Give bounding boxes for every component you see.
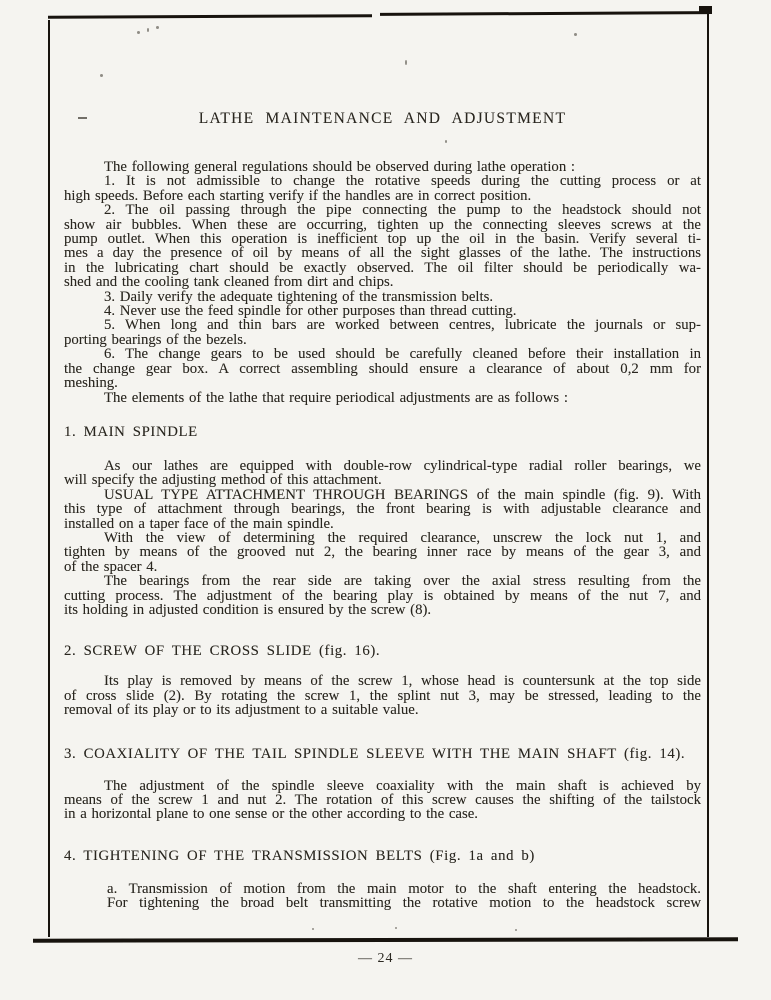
section-cross-slide-screw: 2. SCREW OF THE CROSS SLIDE (fig. 16). I… [64,644,701,717]
text-line: will specify the adjusting method of thi… [64,473,701,487]
text-line: 6. The change gears to be used should be… [64,347,701,361]
text-column: LATHE MAINTENANCE AND ADJUSTMENT The fol… [64,0,701,911]
text-line: With the view of determining the require… [64,531,701,545]
paragraph: With the view of determining the require… [64,531,701,574]
text-line: 5. When long and thin bars are worked be… [64,318,701,332]
text-line: of cross slide (2). By rotating the scre… [64,689,701,703]
paragraph-regulation-1: 1. It is not admissible to change the ro… [64,174,701,203]
text-line: in the lubricating chart should be exact… [64,261,701,275]
text-line: porting bearings of the bezels. [64,333,701,347]
text-line: this type of attachment through bearings… [64,502,701,516]
text-line: show air bubbles. When these are occurri… [64,218,701,232]
text-line: a. Transmission of motion from the main … [64,882,701,896]
border-rule-left [48,20,50,937]
paragraph: As our lathes are equipped with double-r… [64,459,701,488]
text-line: For tightening the broad belt transmitti… [64,896,701,910]
text-line: meshing. [64,376,701,390]
text-line: removal of its play or to its adjustment… [64,703,701,717]
border-rule-bottom [33,937,738,942]
section-heading: 4. TIGHTENING OF THE TRANSMISSION BELTS … [64,849,701,864]
section-heading: 1. MAIN SPINDLE [64,425,701,440]
paragraph: The bearings from the rear side are taki… [64,574,701,617]
section-heading: 3. COAXIALITY OF THE TAIL SPINDLE SLEEVE… [64,747,701,762]
scan-speck [395,927,397,929]
section-main-spindle: 1. MAIN SPINDLE As our lathes are equipp… [64,425,701,617]
text-line: pump outlet. When this operation is inef… [64,232,701,246]
border-rule-right [707,10,709,937]
text-line: means of the screw 1 and nut 2. The rota… [64,793,701,807]
section-transmission-belts: 4. TIGHTENING OF THE TRANSMISSION BELTS … [64,849,701,911]
text-line: As our lathes are equipped with double-r… [64,459,701,473]
paragraph: Its play is removed by means of the scre… [64,674,701,717]
paragraph-intro-closing: The elements of the lathe that require p… [64,391,701,405]
paragraph-regulation-5: 5. When long and thin bars are worked be… [64,318,701,347]
paragraph-regulation-4: 4. Never use the feed spindle for other … [64,304,701,318]
text-line: of the spacer 4. [64,560,701,574]
paragraph-intro-lead: The following general regulations should… [64,160,701,174]
text-line: tighten by means of the grooved nut 2, t… [64,545,701,559]
text-line: high speeds. Before each starting verify… [64,189,701,203]
general-regulations-block: The following general regulations should… [64,160,701,405]
text-line: The following general regulations should… [64,160,701,174]
section-heading: 2. SCREW OF THE CROSS SLIDE (fig. 16). [64,644,701,659]
text-line: its holding in adjusted condition is ens… [64,603,701,617]
text-line: cutting process. The adjustment of the b… [64,589,701,603]
scan-speck [515,929,517,931]
text-line: 4. Never use the feed spindle for other … [64,304,701,318]
paragraph-regulation-6: 6. The change gears to be used should be… [64,347,701,390]
text-line: 2. The oil passing through the pipe conn… [64,203,701,217]
text-line: installed on a taper face of the main sp… [64,517,701,531]
paragraph: a. Transmission of motion from the main … [64,882,701,911]
text-line: mes a day the presence of oil by means o… [64,246,701,260]
text-line: 3. Daily verify the adequate tightening … [64,290,701,304]
text-line: in a horizontal plane to one sense or th… [64,807,701,821]
text-line: the change gear box. A correct assemblin… [64,362,701,376]
text-line: The adjustment of the spindle sleeve coa… [64,779,701,793]
paragraph: The adjustment of the spindle sleeve coa… [64,779,701,822]
text-line: Its play is removed by means of the scre… [64,674,701,688]
scanned-document-page: LATHE MAINTENANCE AND ADJUSTMENT The fol… [0,0,771,1000]
text-line: USUAL TYPE ATTACHMENT THROUGH BEARINGS o… [64,488,701,502]
text-line: 1. It is not admissible to change the ro… [64,174,701,188]
text-line: shed and the cooling tank cleaned from d… [64,275,701,289]
paragraph-regulation-2: 2. The oil passing through the pipe conn… [64,203,701,289]
page-number: — 24 — [0,951,771,967]
text-line: The bearings from the rear side are taki… [64,574,701,588]
document-title: LATHE MAINTENANCE AND ADJUSTMENT [64,111,701,127]
paragraph: USUAL TYPE ATTACHMENT THROUGH BEARINGS o… [64,488,701,531]
paragraph-regulation-3: 3. Daily verify the adequate tightening … [64,290,701,304]
text-line: The elements of the lathe that require p… [64,391,701,405]
scan-speck [312,928,314,930]
section-tail-spindle-coaxiality: 3. COAXIALITY OF THE TAIL SPINDLE SLEEVE… [64,747,701,822]
